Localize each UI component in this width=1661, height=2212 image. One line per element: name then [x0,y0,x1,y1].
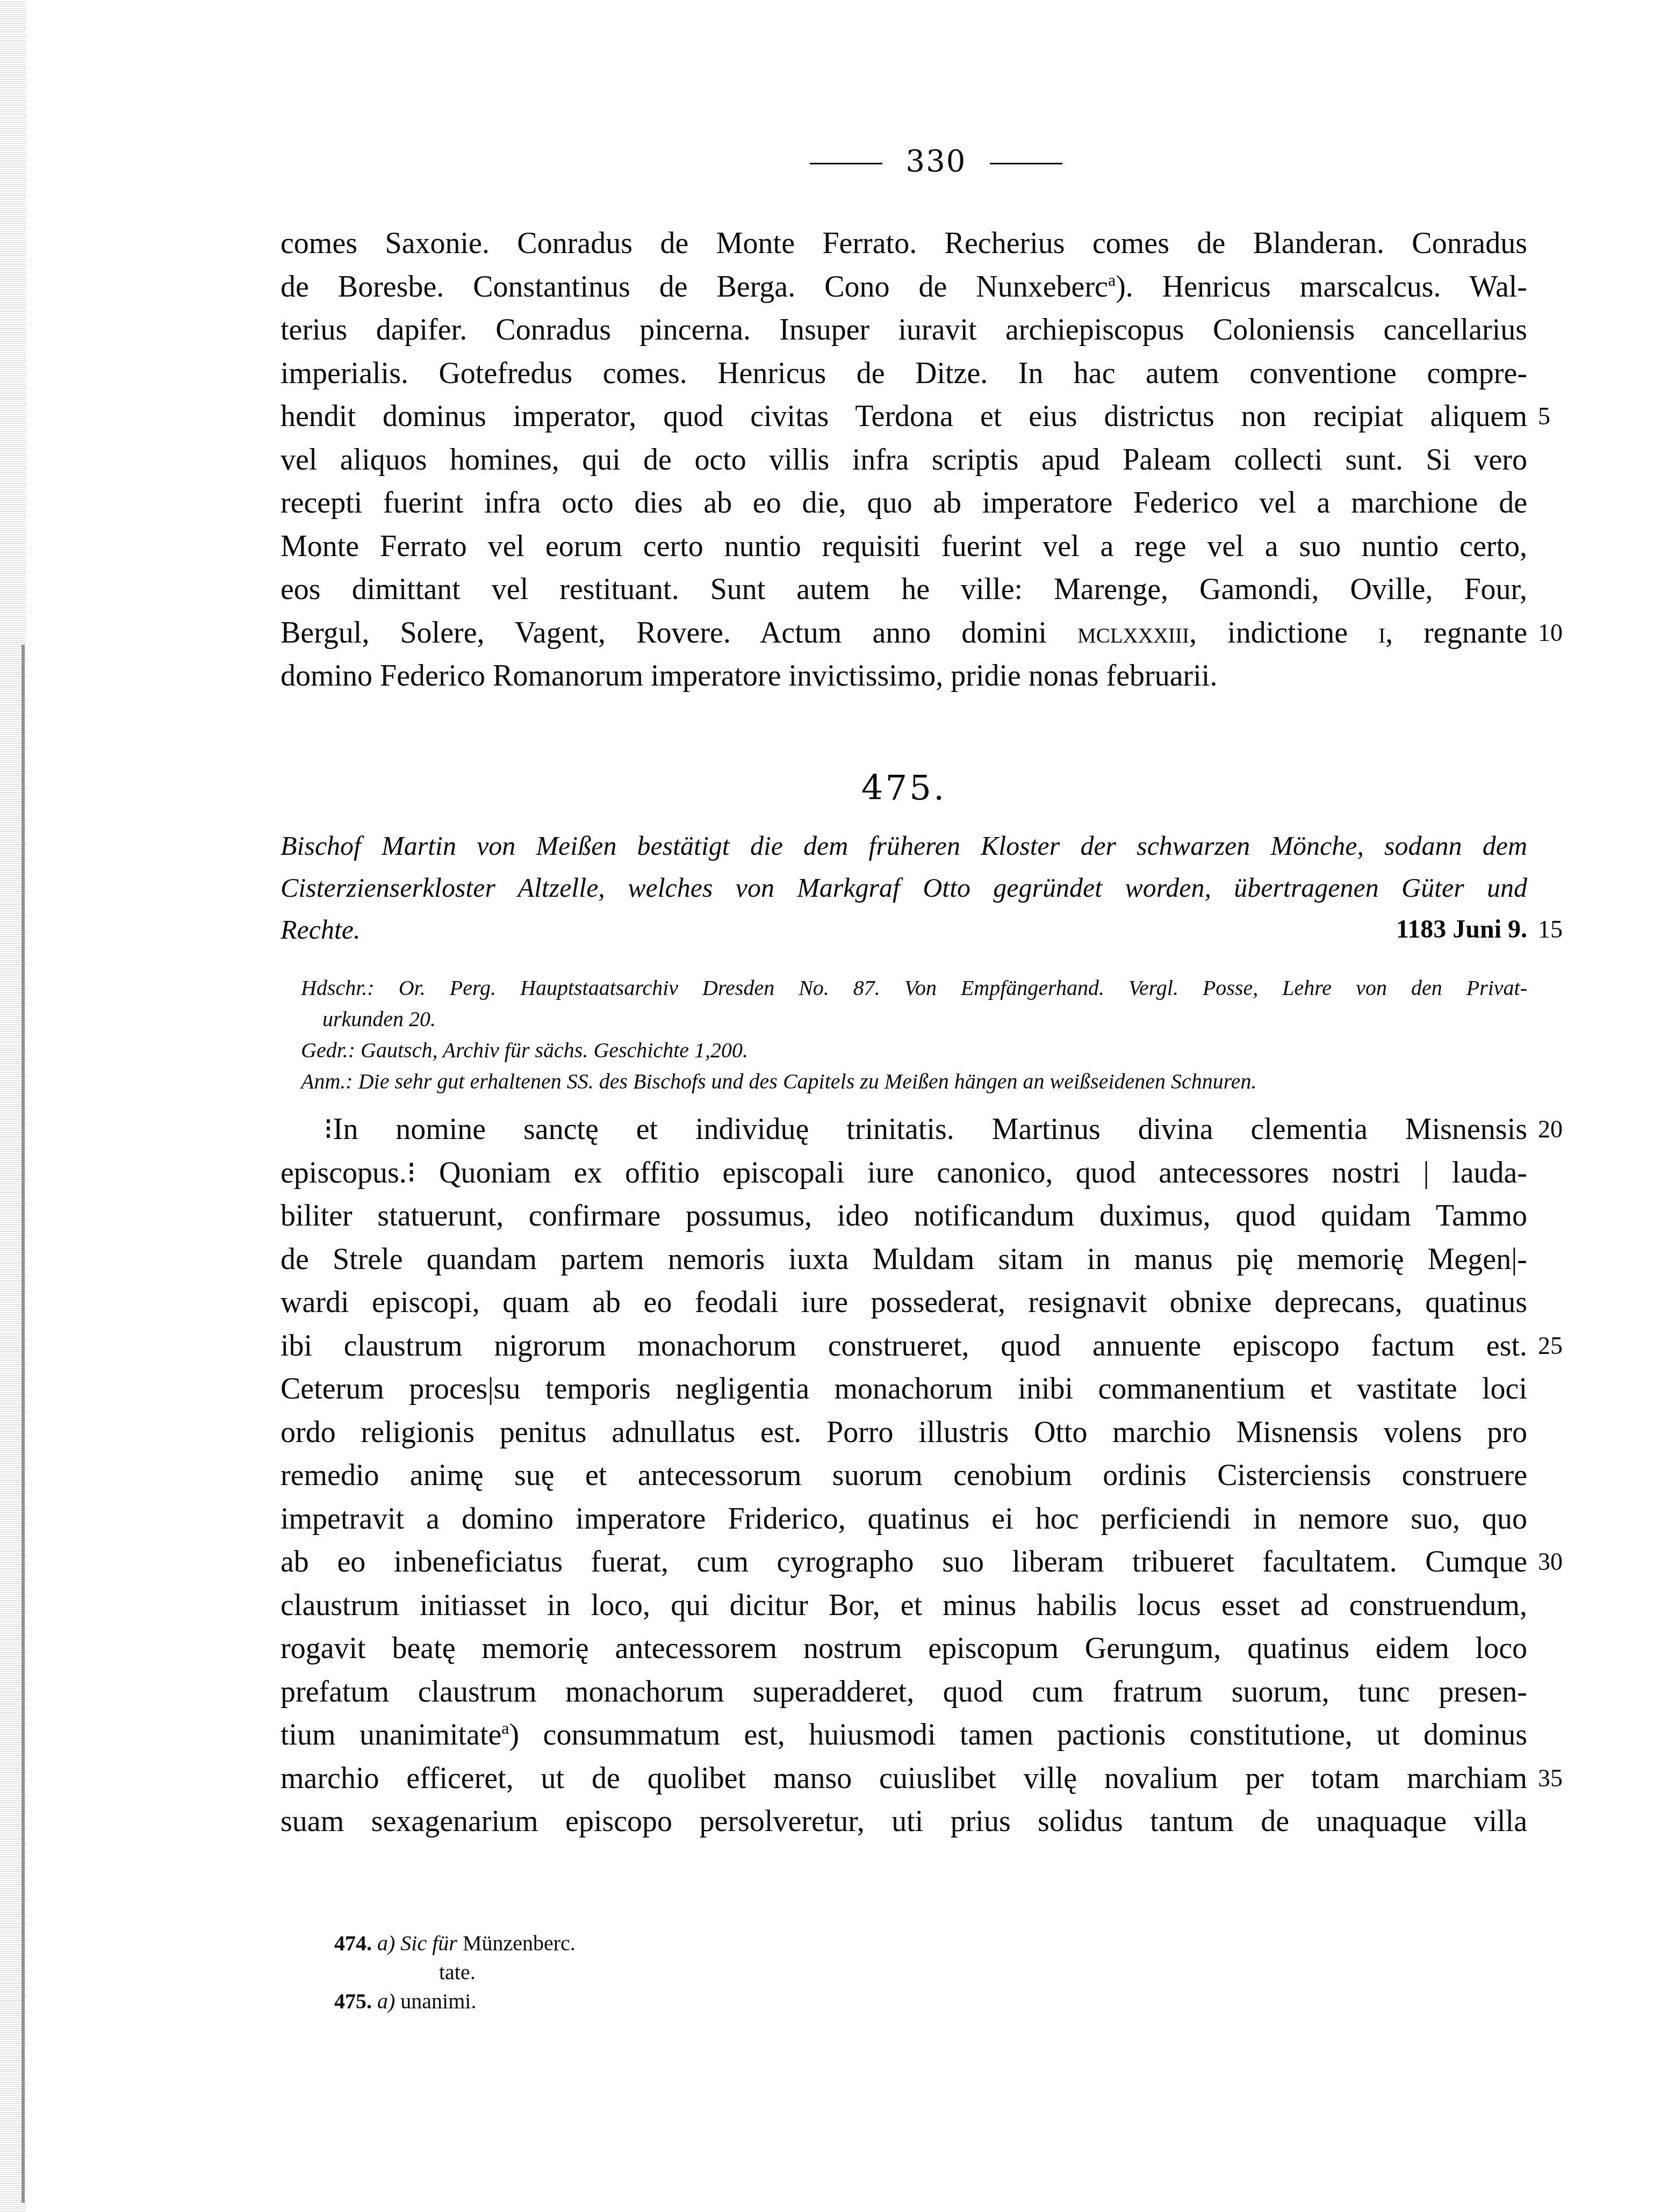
line-number: 35 [1538,1757,1563,1800]
text-line: claustrum initiasset in loco, qui dicitu… [281,1584,1527,1627]
text-line: Monte Ferrato vel eorum certo nuntio req… [281,525,1527,568]
line-number: 20 [1538,1108,1563,1151]
continuation-text: comes Saxonie. Conradus de Monte Ferrato… [281,222,1527,698]
footnote-italic: Sic für [400,1931,457,1955]
text-line: biliter statuerunt, confirmare possumus,… [281,1194,1527,1238]
text-line: marchio efficeret, ut de quolibet manso … [281,1757,1527,1800]
footnote-ref: 474. [334,1931,372,1955]
text-line: terius dapifer. Conradus pincerna. Insup… [281,308,1527,352]
text-span: ). Henricus marscalcus. Wal- [1116,270,1527,304]
text-span: Rechte. [281,914,361,945]
document-number: 475. [281,768,1527,808]
text-span: Bergul, Solere, Vagent, Rovere. Actum an… [281,616,1077,650]
text-span: de Boresbe. Constantinus de Berga. Cono … [281,270,1108,304]
text-line: hendit dominus imperator, quod civitas T… [281,395,1527,438]
text-line: ⁝In nomine sanctę et individuę trinitati… [281,1108,1527,1151]
page-number-dash-right [990,163,1062,164]
footnotes: 474. a) Sic für Münzenberc. tate. 475. a… [334,1929,576,2016]
scan-margin-edge [21,645,25,2203]
line-number: 10 [1538,611,1563,655]
text-line: de Boresbe. Constantinus de Berga. Cono … [281,265,1527,309]
text-span: ⁝In nomine sanctę et individuę trinitati… [323,1113,1527,1146]
text-span: marchio efficeret, ut de quolibet manso … [281,1762,1527,1795]
document-date: 1183 Juni 9. [1396,909,1527,950]
footnote-marker[interactable]: a [1108,270,1116,290]
footnote-475a: 475. a) unanimi. [334,1987,576,2016]
regest-line: Rechte.1183 Juni 9.15 [281,909,1527,950]
note-remark: Anm.: Die sehr gut erhaltenen SS. des Bi… [301,1066,1527,1097]
footnote-marker[interactable]: a [501,1718,509,1738]
regest: Bischof Martin von Meißen bestätigt die … [281,825,1527,950]
text-line: imperialis. Gotefredus comes. Henricus d… [281,352,1527,395]
text-line: comes Saxonie. Conradus de Monte Ferrato… [281,222,1527,265]
text-line: Ceterum proces|su temporis negligentia m… [281,1367,1527,1411]
note-manuscript-cont: urkunden 20. [301,1004,1527,1035]
text-line: de Strele quandam partem nemoris iuxta M… [281,1238,1527,1281]
text-span: tium unanimitate [281,1718,501,1752]
note-manuscript: Hdschr.: Or. Perg. Hauptstaatsarchiv Dre… [301,972,1527,1004]
note-printed: Gedr.: Gautsch, Archiv für sächs. Geschi… [301,1035,1527,1066]
regest-line: Bischof Martin von Meißen bestätigt die … [281,825,1527,867]
text-line: recepti fuerint infra octo dies ab eo di… [281,481,1527,525]
text-span: , indictione [1189,616,1378,650]
footnote-tate: tate. [334,1958,576,1987]
text-line: domino Federico Romanorum imperatore inv… [281,654,1527,698]
text-span: ) consummatum est, huiusmodi tamen pacti… [509,1718,1527,1752]
footnote-label: a) [377,1989,395,2013]
year-small-caps: mclxxxiii [1077,616,1189,650]
text-line: suam sexagenarium episcopo persolveretur… [281,1800,1527,1843]
footnote-text: unanimi. [400,1989,476,2013]
footnote-text: tate. [439,1960,476,1984]
text-line: ibi claustrum nigrorum monachorum constr… [281,1324,1527,1368]
line-number: 5 [1538,395,1550,438]
page-number-value: 330 [906,144,967,179]
line-number: 25 [1538,1324,1563,1368]
text-line: episcopus.⁝ Quoniam ex offitio episcopal… [281,1151,1527,1195]
text-line: tium unanimitatea) consummatum est, huiu… [281,1713,1527,1757]
text-span: hendit dominus imperator, quod civitas T… [281,400,1527,433]
text-line: impetravit a domino imperatore Friderico… [281,1497,1527,1541]
text-span: ab eo inbeneficiatus fuerat, cum cyrogra… [281,1545,1527,1579]
charter-text: ⁝In nomine sanctę et individuę trinitati… [281,1108,1527,1843]
text-line: remedio animę suę et antecessorum suorum… [281,1454,1527,1497]
text-line: prefatum claustrum monachorum superadder… [281,1670,1527,1714]
page-number: 330 [748,144,1124,179]
text-line: ab eo inbeneficiatus fuerat, cum cyrogra… [281,1540,1527,1584]
text-span: , regnante [1385,616,1527,650]
footnote-label: a) [377,1931,395,1955]
page-number-dash-left [810,163,882,164]
regest-line: Cisterzienserkloster Altzelle, welches v… [281,867,1527,909]
source-notes: Hdschr.: Or. Perg. Hauptstaatsarchiv Dre… [301,972,1527,1097]
text-line: vel aliquos homines, qui de octo villis … [281,438,1527,482]
text-line: wardi episcopi, quam ab eo feodali iure … [281,1281,1527,1324]
text-span: ibi claustrum nigrorum monachorum constr… [281,1329,1527,1363]
text-line: Bergul, Solere, Vagent, Rovere. Actum an… [281,611,1527,655]
text-line: ordo religionis penitus adnullatus est. … [281,1411,1527,1454]
line-number: 15 [1538,909,1563,950]
line-number: 30 [1538,1540,1563,1584]
indiction-small-caps: i [1378,616,1385,650]
text-line: rogavit beatę memorię antecessorem nostr… [281,1627,1527,1670]
footnote-474a: 474. a) Sic für Münzenberc. [334,1929,576,1958]
text-line: eos dimittant vel restituant. Sunt autem… [281,568,1527,611]
footnote-text: Münzenberc. [463,1931,576,1955]
footnote-ref: 475. [334,1989,372,2013]
